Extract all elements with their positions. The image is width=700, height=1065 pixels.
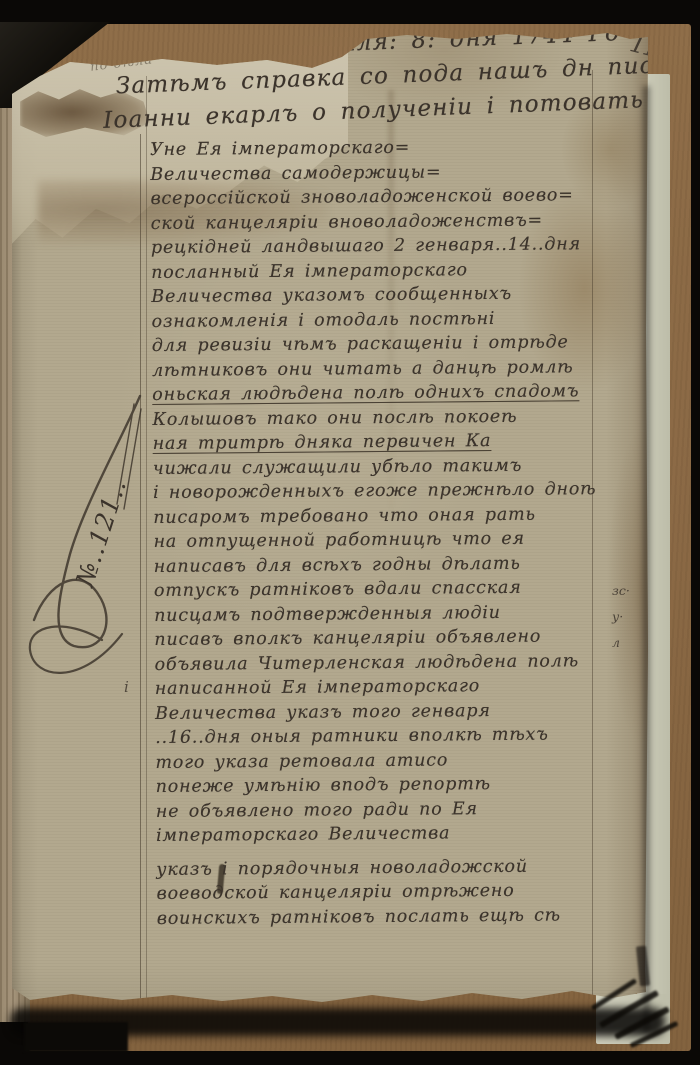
right-margin-notes: зс·у·л — [612, 578, 646, 656]
right-margin-note: у· — [612, 604, 646, 630]
right-margin-note: л — [612, 630, 646, 656]
manuscript-line: воинскихъ ратніковъ послать ещѣ сѣ — [157, 902, 627, 931]
margin-note-label: №..121.. — [70, 475, 132, 591]
margin-mark-small: і — [124, 678, 129, 696]
margin-note-number: №..121.. — [18, 382, 158, 692]
manuscript-line: всероссійской зноволадоженской воево= — [150, 183, 620, 212]
board-shadow-bottom-left — [24, 1022, 128, 1052]
page-edge-shadow-right — [643, 86, 650, 1032]
manuscript-line: объявила Читерленская людѣдена полѣ — [154, 648, 624, 677]
margin-flourish: №..121.. — [18, 382, 158, 692]
right-margin-note: зс· — [612, 578, 646, 604]
manuscript-line: імператорскаго Величества — [156, 820, 626, 849]
manuscript-line: оньская людѣдена полѣ однихъ спадомъ — [152, 379, 622, 408]
manuscript-page: по дѣла 11 слѣдовъ февраля: 8: дня 1744 … — [12, 30, 648, 1024]
manuscript-line: для ревизіи чѣмъ раскащеніи і отрѣде — [152, 330, 622, 359]
archival-photo-frame: по дѣла 11 слѣдовъ февраля: 8: дня 1744 … — [0, 0, 700, 1065]
body-text: Уне Ея імператорскаго=Величества самодер… — [150, 134, 627, 931]
manuscript-line: рецкідней ландвышаго 2 генваря..14..дня — [151, 232, 621, 261]
manuscript-line: і новорожденныхъ егоже прежнѣло дноѣ — [153, 477, 623, 506]
